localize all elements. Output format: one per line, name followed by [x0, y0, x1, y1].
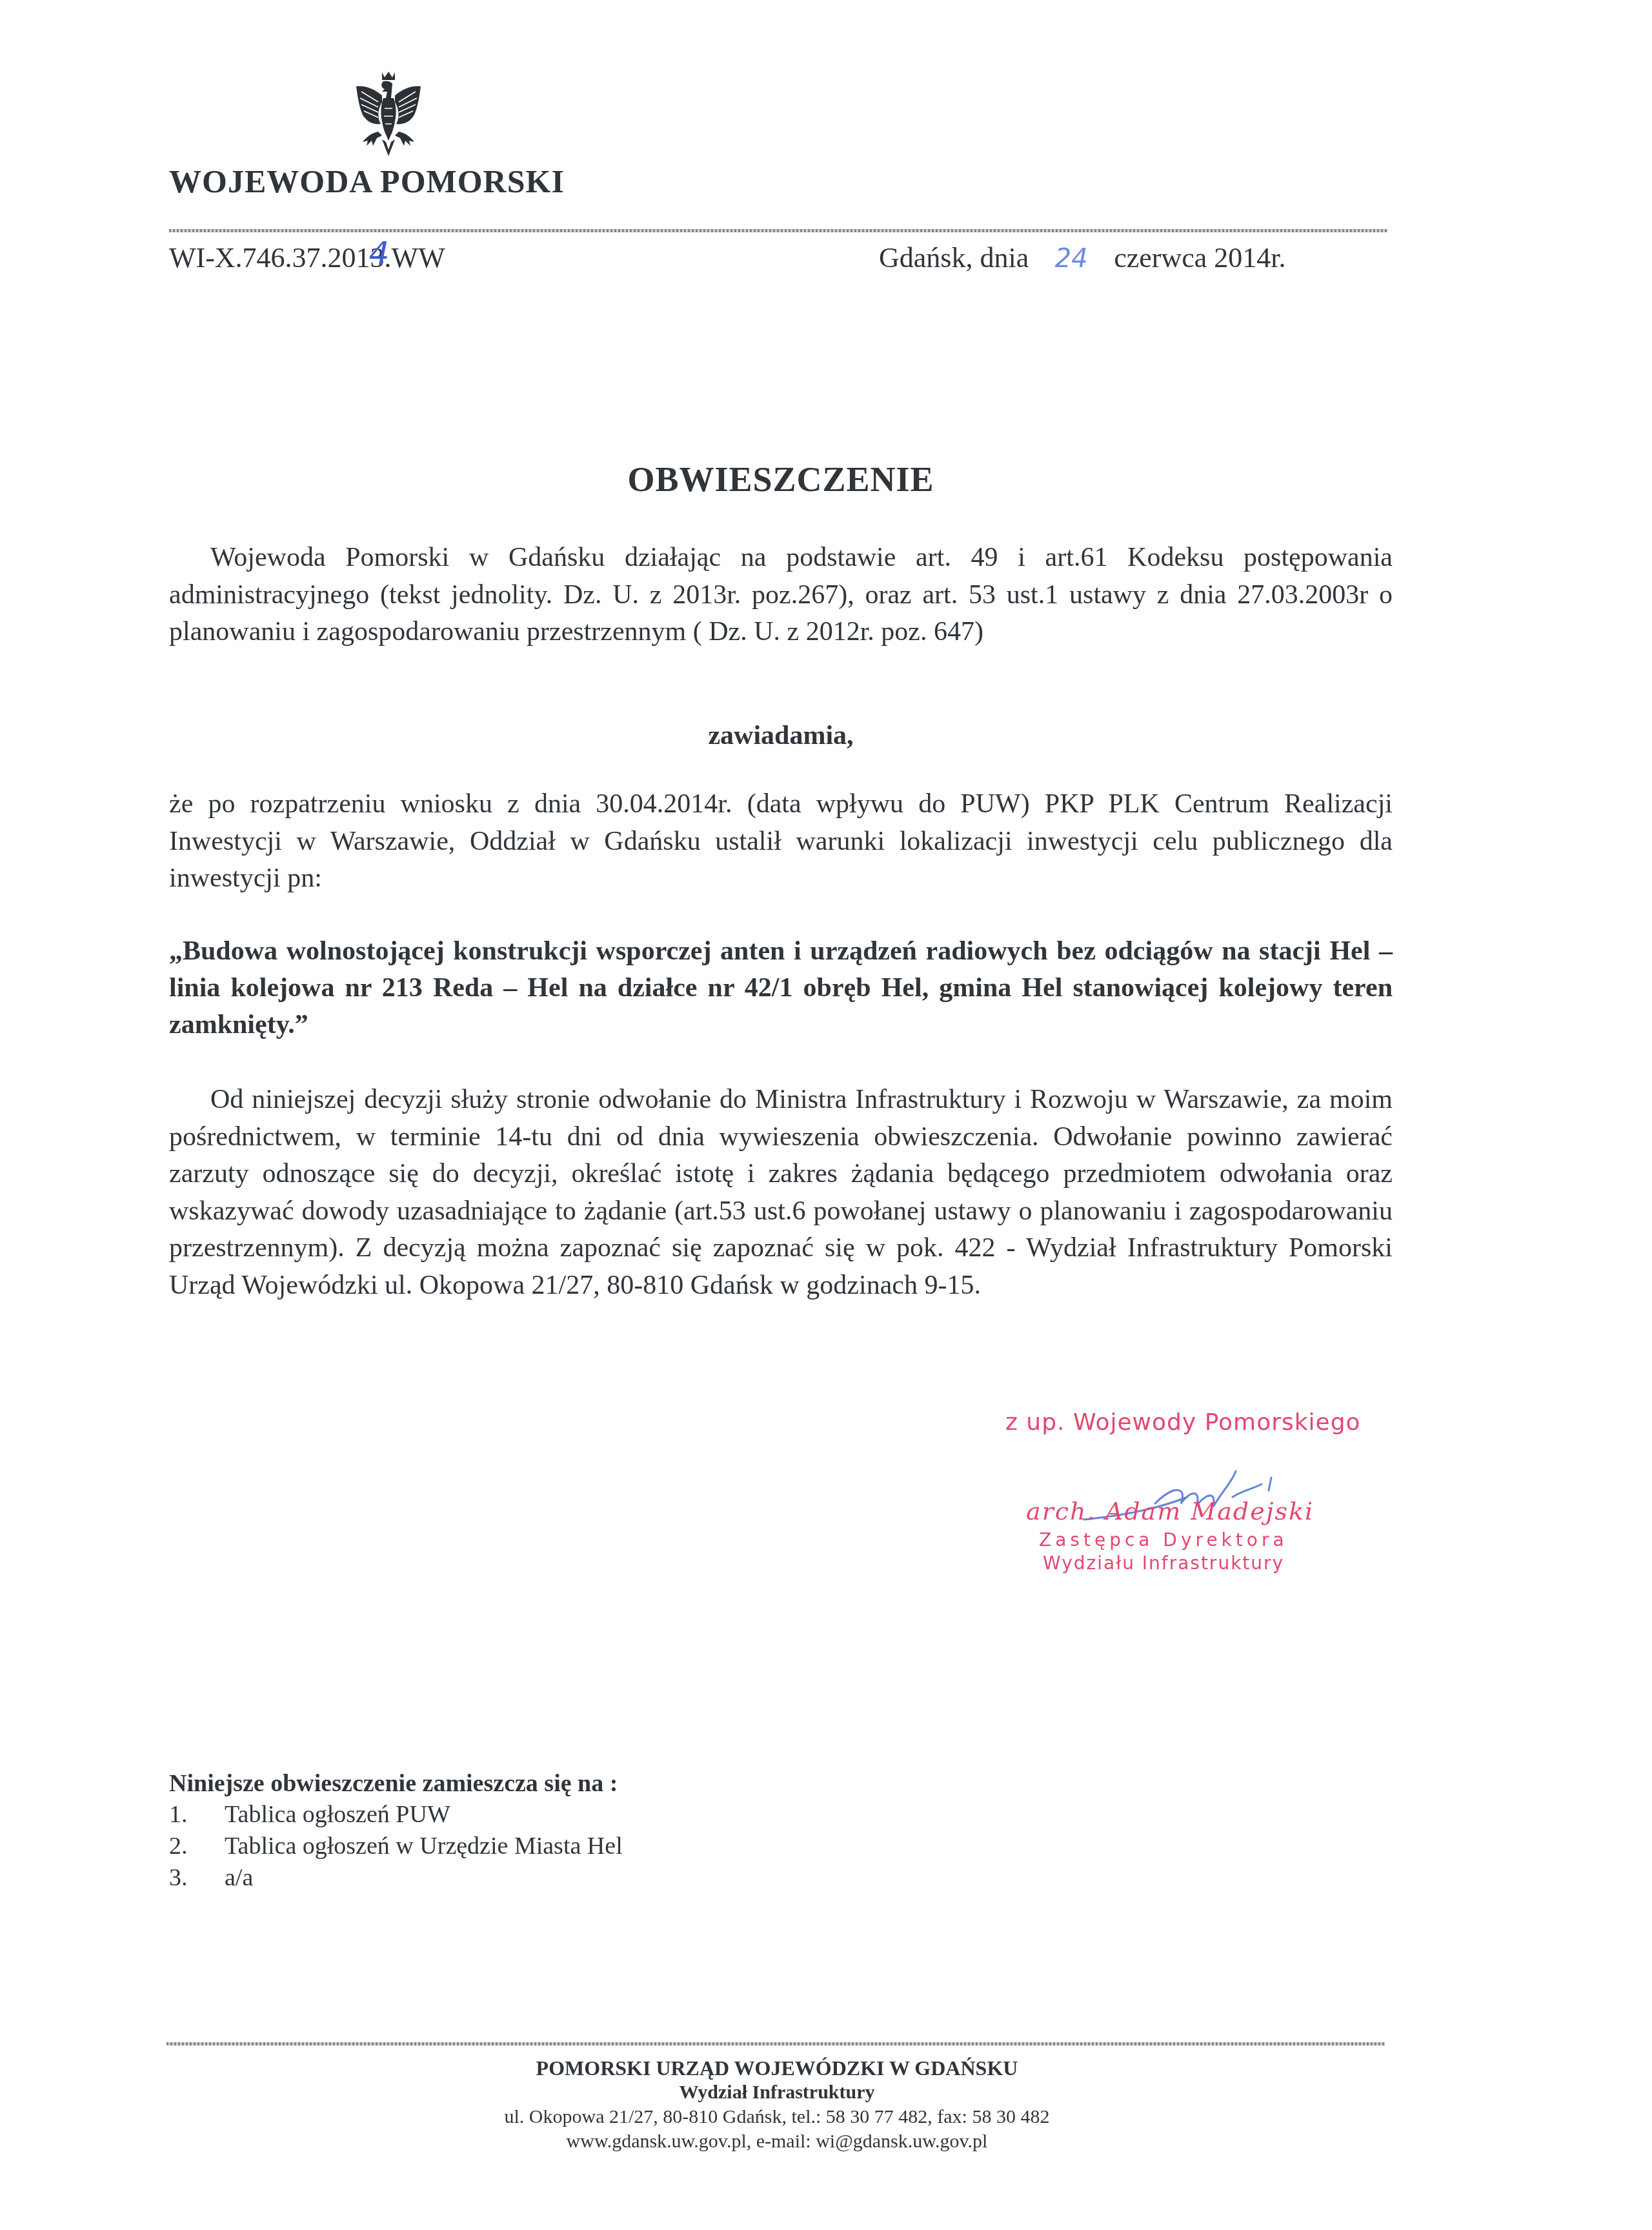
stamp-department: Wydziału Infrastruktury [1043, 1552, 1284, 1574]
handwritten-digit: 4 [369, 235, 390, 272]
intro-paragraph: Wojewoda Pomorski w Gdańsku działając na… [169, 539, 1393, 651]
eagle-emblem-icon [348, 70, 428, 160]
footer-department: Wydział Infrastruktury [168, 2080, 1386, 2105]
appeal-paragraph: Od niniejszej decyzji służy stronie odwo… [169, 1081, 1393, 1304]
stamp-authority: z up. Wojewody Pomorskiego [1005, 1409, 1361, 1436]
reference-suffix: .WW [385, 242, 445, 274]
request-paragraph: że po rozpatrzeniu wniosku z dnia 30.04.… [169, 786, 1393, 898]
stamp-position: Zastępca Dyrektora [1039, 1529, 1288, 1551]
date-place: Gdańsk, dnia [879, 242, 1029, 274]
reference-number: WI-X.746.37.20134.WW [169, 241, 445, 274]
item-number: 3. [169, 1863, 225, 1892]
reference-prefix: WI-X.746.37.201 [169, 242, 370, 274]
publication-item: 2.Tablica ogłoszeń w Urzędzie Miasta Hel [169, 1832, 623, 1860]
publication-item: 3.a/a [169, 1863, 253, 1892]
organization-title: WOJEWODA POMORSKI [169, 163, 565, 200]
notify-heading: zawiadamia, [0, 720, 1562, 751]
item-text: a/a [225, 1864, 253, 1891]
item-text: Tablica ogłoszeń PUW [225, 1801, 450, 1828]
stamp-signatory-name: arch. Adam Madejski [1026, 1497, 1314, 1525]
footer-divider [166, 2042, 1385, 2045]
item-text: Tablica ogłoszeń w Urzędzie Miasta Hel [225, 1833, 623, 1860]
footer-contact: www.gdansk.uw.gov.pl, e-mail: wi@gdansk.… [168, 2129, 1386, 2154]
letterhead-footer: POMORSKI URZĄD WOJEWÓDZKI W GDAŃSKU Wydz… [168, 2056, 1386, 2154]
date-month-year: czerwca 2014r. [1114, 242, 1285, 274]
project-name-paragraph: „Budowa wolnostojącej konstrukcji wsporc… [169, 933, 1393, 1043]
appeal-text: Od niniejszej decyzji służy stronie odwo… [169, 1085, 1393, 1300]
reference-year-correction: 34 [370, 241, 385, 274]
handwritten-day: 24 [1036, 244, 1107, 274]
official-stamp: z up. Wojewody Pomorskiego arch. Adam Ma… [981, 1400, 1368, 1587]
header-divider [169, 229, 1387, 232]
publication-item: 1.Tablica ogłoszeń PUW [169, 1800, 450, 1829]
item-number: 1. [169, 1800, 225, 1829]
document-title: OBWIESZCZENIE [0, 459, 1562, 499]
footer-organization: POMORSKI URZĄD WOJEWÓDZKI W GDAŃSKU [168, 2056, 1386, 2080]
intro-text: Wojewoda Pomorski w Gdańsku działając na… [169, 543, 1393, 647]
item-number: 2. [169, 1832, 225, 1860]
publication-heading: Niniejsze obwieszczenie zamieszcza się n… [169, 1769, 618, 1798]
footer-address: ul. Okopowa 21/27, 80-810 Gdańsk, tel.: … [168, 2105, 1386, 2129]
document-date: Gdańsk, dnia 24 czerwca 2014r. [879, 241, 1286, 274]
